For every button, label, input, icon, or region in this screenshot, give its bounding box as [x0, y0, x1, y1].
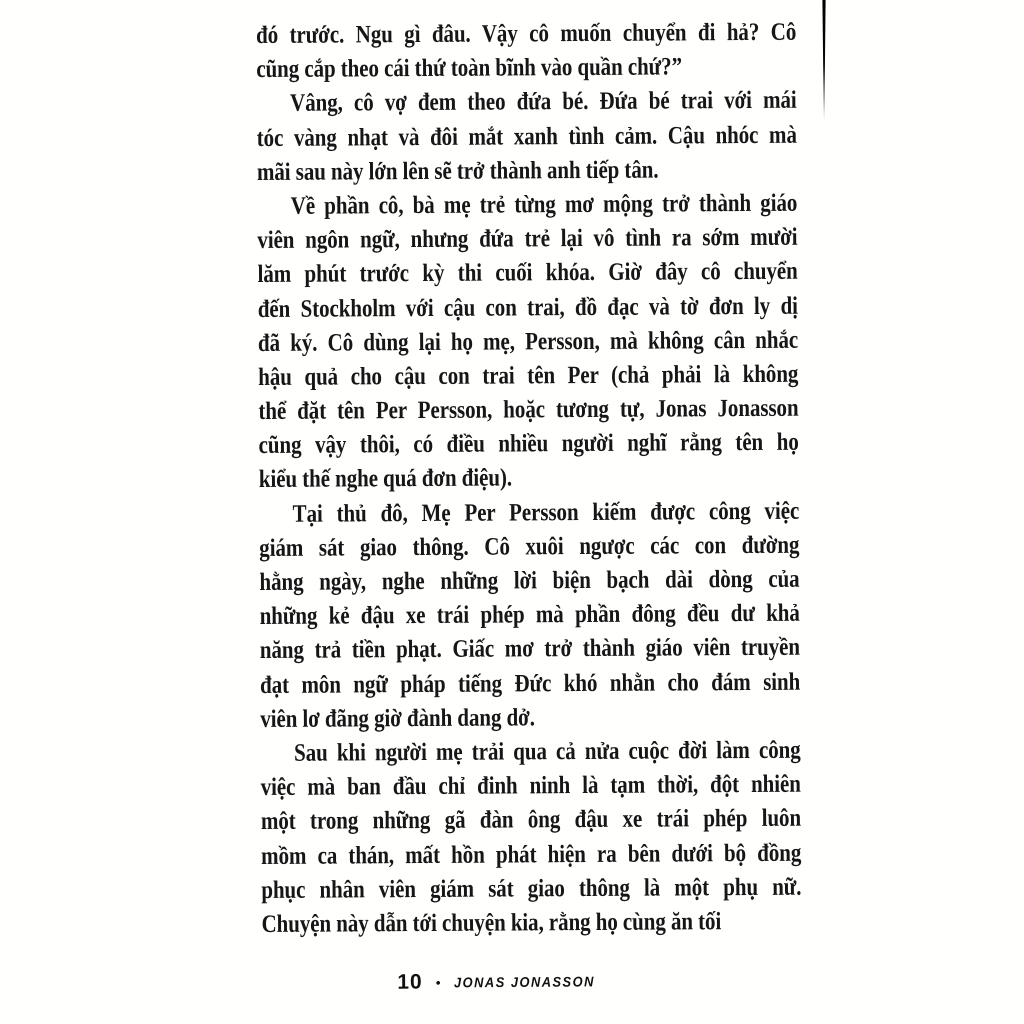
- text-line: viên ngôn ngữ, nhưng đứa trẻ lại vô tình…: [257, 221, 797, 258]
- text-line: đến Stockholm với cậu con trai, đồ đạc v…: [258, 289, 798, 326]
- book-page: đó trước. Ngu gì đâu. Vậy cô muốn chuyển…: [0, 0, 1024, 1024]
- text-line: đạt môn ngữ pháp tiếng Đức khó nhằn cho …: [260, 665, 800, 702]
- bullet-separator: •: [436, 975, 441, 989]
- text-line: kiểu thế nghe quá đơn điệu).: [259, 460, 799, 497]
- text-line: Chuyện này dẫn tới chuyện kia, rằng họ c…: [261, 905, 801, 942]
- scan-artifact-line: [822, 0, 826, 122]
- text-line: cũng cắp theo cái thứ toàn bĩnh vào quần…: [256, 50, 796, 87]
- text-line: lăm phút trước kỳ thi cuối khóa. Giờ đây…: [257, 255, 797, 292]
- text-line: năng trả tiền phạt. Giấc mơ trở thành gi…: [260, 631, 800, 668]
- text-line: một trong những gã đàn ông đậu xe trái p…: [261, 802, 801, 839]
- text-line: Về phần cô, bà mẹ trẻ từng mơ mộng trở t…: [257, 187, 797, 224]
- text-line: cũng vậy thôi, có điều nhiều người nghĩ …: [259, 426, 799, 463]
- text-line: hậu quả cho cậu con trai tên Per (chả ph…: [258, 358, 798, 395]
- text-line: hằng ngày, nghe những lời biện bạch dài …: [259, 563, 799, 600]
- text-line: giám sát giao thông. Cô xuôi ngược các c…: [259, 529, 799, 566]
- text-line: Sau khi người mẹ trải qua cả nửa cuộc đờ…: [260, 734, 800, 771]
- text-line: thể đặt tên Per Persson, hoặc tương tự, …: [258, 392, 798, 429]
- text-line: đã ký. Cô dùng lại họ mẹ, Persson, mà kh…: [258, 323, 798, 360]
- text-line: đó trước. Ngu gì đâu. Vậy cô muốn chuyển…: [256, 16, 796, 53]
- running-title-author: JONAS JONASSON: [454, 973, 595, 990]
- page-number: 10: [397, 972, 423, 994]
- text-line: Tại thủ đô, Mẹ Per Persson kiếm được côn…: [259, 494, 799, 531]
- text-line: mồm ca thán, mất hồn phát hiện ra bên dư…: [261, 836, 801, 873]
- text-line: việc mà ban đầu chỉ đinh ninh là tạm thờ…: [261, 768, 801, 805]
- text-line: mãi sau này lớn lên sẽ trở thành anh tiế…: [257, 152, 797, 189]
- text-line: Vâng, cô vợ đem theo đứa bé. Đứa bé trai…: [256, 84, 796, 121]
- body-text-block: đó trước. Ngu gì đâu. Vậy cô muốn chuyển…: [256, 16, 802, 942]
- text-line: phục nhân viên giám sát giao thông là mộ…: [261, 870, 801, 907]
- text-line: những kẻ đậu xe trái phép mà phần đông đ…: [260, 597, 800, 634]
- text-line: viên lơ đãng giờ đành dang dở.: [260, 699, 800, 736]
- page-footer: 10 • JONAS JONASSON: [0, 967, 1004, 996]
- text-line: tóc vàng nhạt và đôi mắt xanh tình cảm. …: [257, 118, 797, 155]
